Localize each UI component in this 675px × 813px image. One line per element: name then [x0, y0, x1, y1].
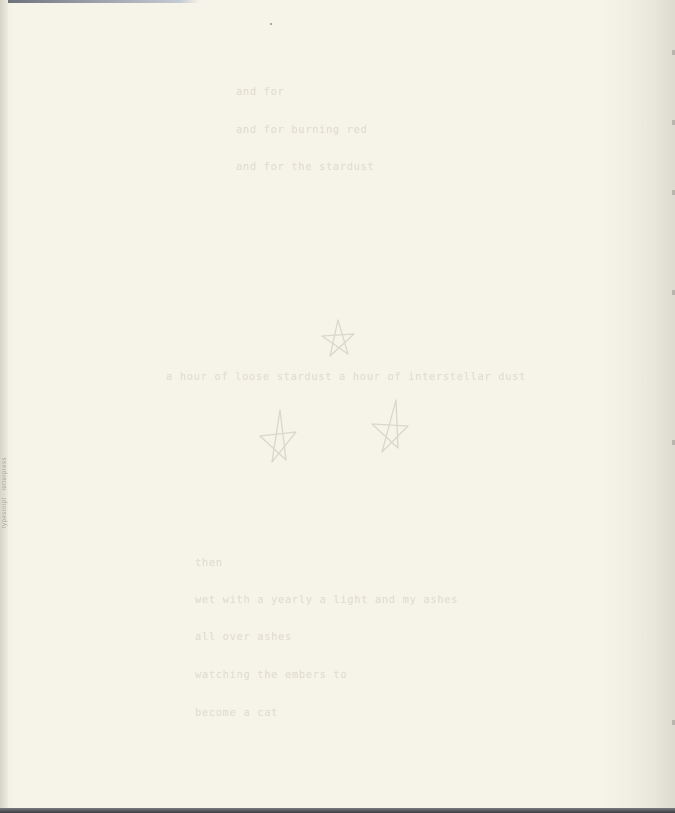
- hand-drawn-star-icon: [318, 318, 358, 360]
- page-top-edge: [0, 0, 200, 3]
- poem-line: watching the embers to: [195, 669, 347, 681]
- hand-drawn-star-icon: [256, 408, 300, 466]
- poem-line: and for burning red: [236, 124, 368, 136]
- poem-line: all over ashes: [195, 631, 292, 643]
- poem-line: become a cat: [195, 707, 278, 719]
- page-bottom-edge: [0, 808, 675, 813]
- poem-line: and for: [236, 86, 284, 98]
- hand-drawn-star-icon: [368, 398, 412, 456]
- poem-line: and for the stardust: [236, 161, 374, 173]
- spine-text: typescript · letterpress: [2, 318, 12, 528]
- poem-line: wet with a yearly a light and my ashes: [195, 594, 458, 606]
- scanned-page: typescript · letterpress and for and for…: [0, 0, 675, 813]
- paper-speck: [270, 23, 272, 25]
- poem-line: then: [195, 557, 223, 569]
- poem-center-line: a hour of loose stardust a hour of inter…: [166, 371, 526, 383]
